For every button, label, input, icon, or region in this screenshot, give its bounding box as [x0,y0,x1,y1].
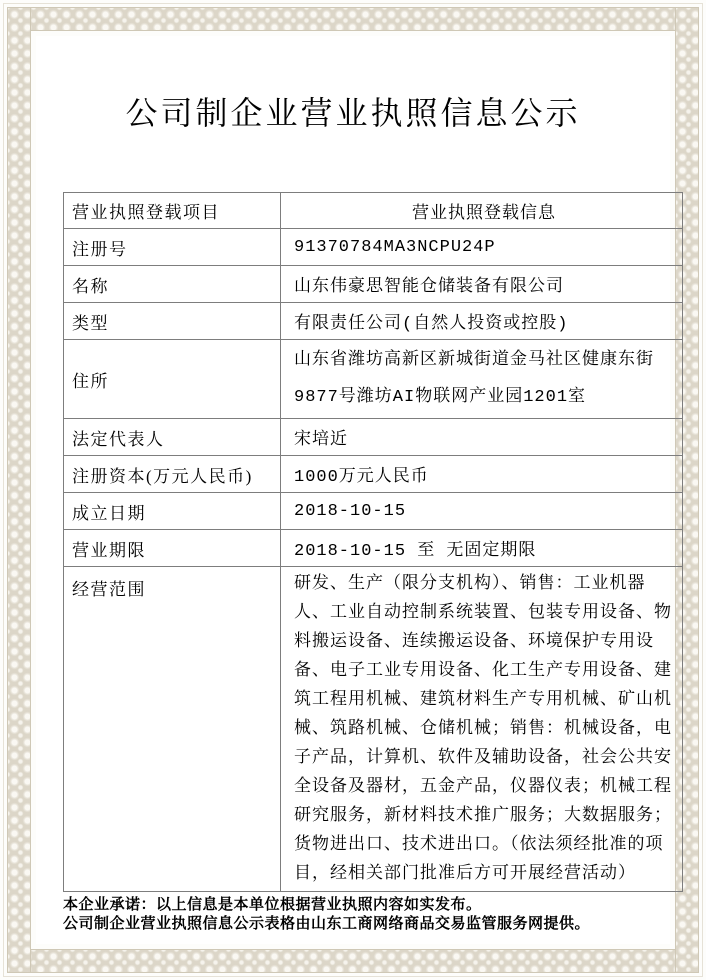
page-title: 公司制企业营业执照信息公示 [36,88,670,134]
decorative-frame-top [7,7,699,31]
table-row-legal-representative: 法定代表人 宋培近 [64,419,683,456]
row-label: 住所 [64,340,281,419]
row-value: 宋培近 [281,419,683,456]
row-label: 注册号 [64,229,281,266]
table-row-company-type: 类型 有限责任公司(自然人投资或控股) [64,303,683,340]
row-label: 成立日期 [64,493,281,530]
row-value: 2018-10-15 至 无固定期限 [281,530,683,567]
row-value: 山东省潍坊高新区新城街道金马社区健康东街9877号潍坊AI物联网产业园1201室 [281,340,683,419]
table-row-registered-capital: 注册资本(万元人民币) 1000万元人民币 [64,456,683,493]
row-value: 研发、生产（限分支机构）、销售：工业机器人、工业自动控制系统装置、包装专用设备、… [281,567,683,892]
row-value: 2018-10-15 [281,493,683,530]
row-label: 营业期限 [64,530,281,567]
row-value: 有限责任公司(自然人投资或控股) [281,303,683,340]
row-label: 类型 [64,303,281,340]
decorative-frame-left [7,7,31,973]
header-item-column: 营业执照登载项目 [64,193,281,229]
table-row-address: 住所 山东省潍坊高新区新城街道金马社区健康东街9877号潍坊AI物联网产业园12… [64,340,683,419]
header-info-column: 营业执照登载信息 [281,193,683,229]
footer-note: 本企业承诺：以上信息是本单位根据营业执照内容如实发布。 公司制企业营业执照信息公… [63,895,633,933]
decorative-frame-bottom [7,949,699,973]
footer-provider-line: 公司制企业营业执照信息公示表格由山东工商网络商品交易监管服务网提供。 [63,914,633,933]
row-value: 山东伟豪思智能仓储装备有限公司 [281,266,683,303]
table-row-company-name: 名称 山东伟豪思智能仓储装备有限公司 [64,266,683,303]
row-value: 91370784MA3NCPU24P [281,229,683,266]
row-label: 经营范围 [64,567,281,892]
row-value: 1000万元人民币 [281,456,683,493]
row-label: 注册资本(万元人民币) [64,456,281,493]
content-area: 公司制企业营业执照信息公示 营业执照登载项目 营业执照登载信息 注册号 9137… [36,36,670,944]
table-row-business-term: 营业期限 2018-10-15 至 无固定期限 [64,530,683,567]
table-row-business-scope: 经营范围 研发、生产（限分支机构）、销售：工业机器人、工业自动控制系统装置、包装… [64,567,683,892]
row-label: 法定代表人 [64,419,281,456]
license-info-table: 营业执照登载项目 营业执照登载信息 注册号 91370784MA3NCPU24P… [63,192,683,892]
table-row-registration-number: 注册号 91370784MA3NCPU24P [64,229,683,266]
footer-commitment-line: 本企业承诺：以上信息是本单位根据营业执照内容如实发布。 [63,895,633,914]
license-disclosure-page: 公司制企业营业执照信息公示 营业执照登载项目 营业执照登载信息 注册号 9137… [0,0,706,980]
row-label: 名称 [64,266,281,303]
table-header-row: 营业执照登载项目 营业执照登载信息 [64,193,683,229]
table-row-establishment-date: 成立日期 2018-10-15 [64,493,683,530]
